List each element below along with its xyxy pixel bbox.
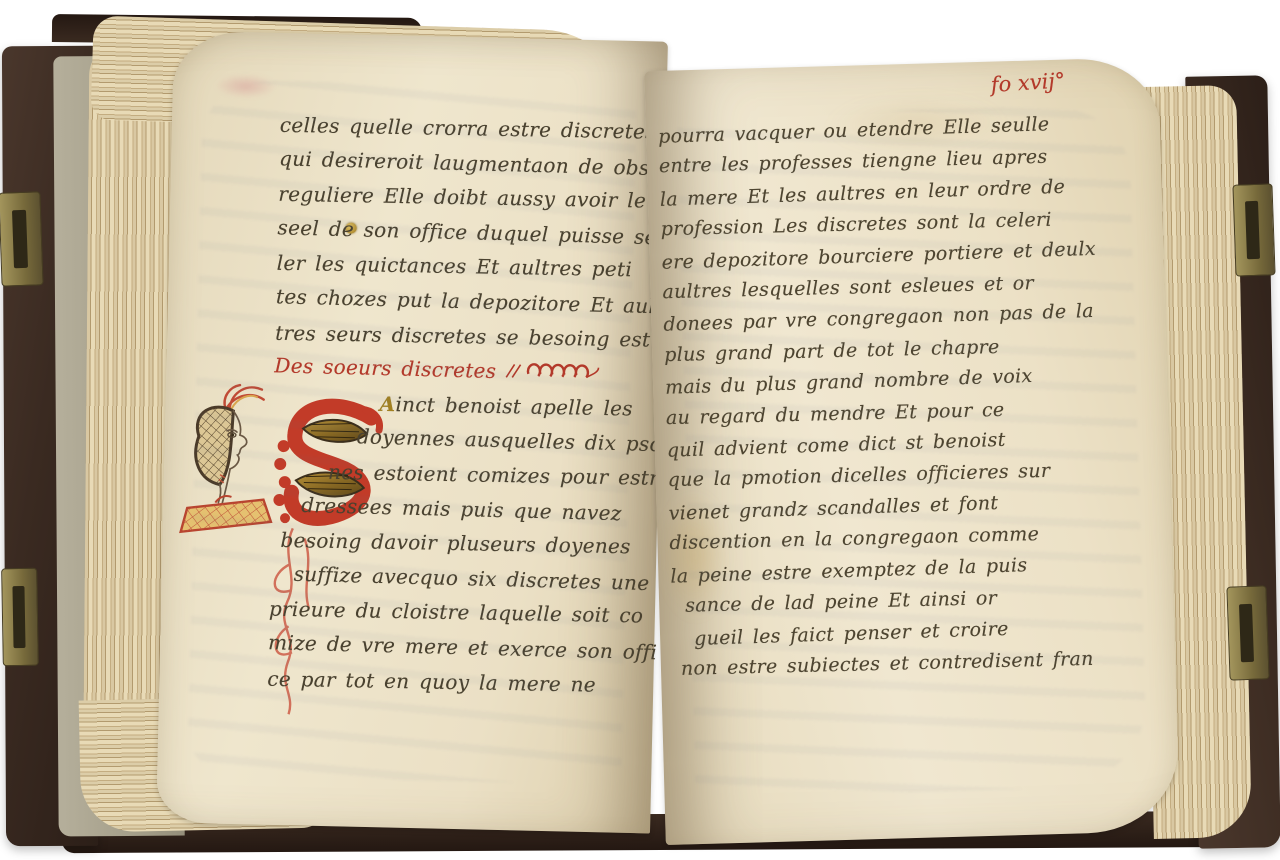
profile-head-drawing-icon xyxy=(174,377,283,579)
left-page-text-column: celles quelle crorra estre discretes et … xyxy=(267,107,660,704)
clasp-slot xyxy=(1239,603,1254,662)
initial-paragraph: Ainct benoist apelle les doyennes ausque… xyxy=(267,384,654,704)
right-clasp-bottom xyxy=(1226,585,1269,680)
clasp-slot xyxy=(13,586,26,648)
right-clasp-top xyxy=(1232,183,1275,276)
manuscript-line: ce par tot en quoy la mere ne xyxy=(267,661,648,703)
right-page: fo xvij° pourra vacquer ou etendre Elle … xyxy=(644,57,1179,845)
left-clasp-bottom xyxy=(1,568,39,667)
rubric-text: Des soeurs discretes xyxy=(274,348,497,388)
pink-offset-smudge xyxy=(215,73,278,98)
clasp-slot xyxy=(12,209,28,268)
right-page-text-column: pourra vacquer ou etendre Elle seulle en… xyxy=(658,110,1078,686)
folio-number: fo xvij° xyxy=(990,68,1066,97)
rubric-line-filler-flourish xyxy=(504,362,600,385)
left-clasp-top xyxy=(0,191,44,286)
left-page: celles quelle crorra estre discretes et … xyxy=(156,30,668,833)
clasp-slot xyxy=(1245,201,1260,259)
